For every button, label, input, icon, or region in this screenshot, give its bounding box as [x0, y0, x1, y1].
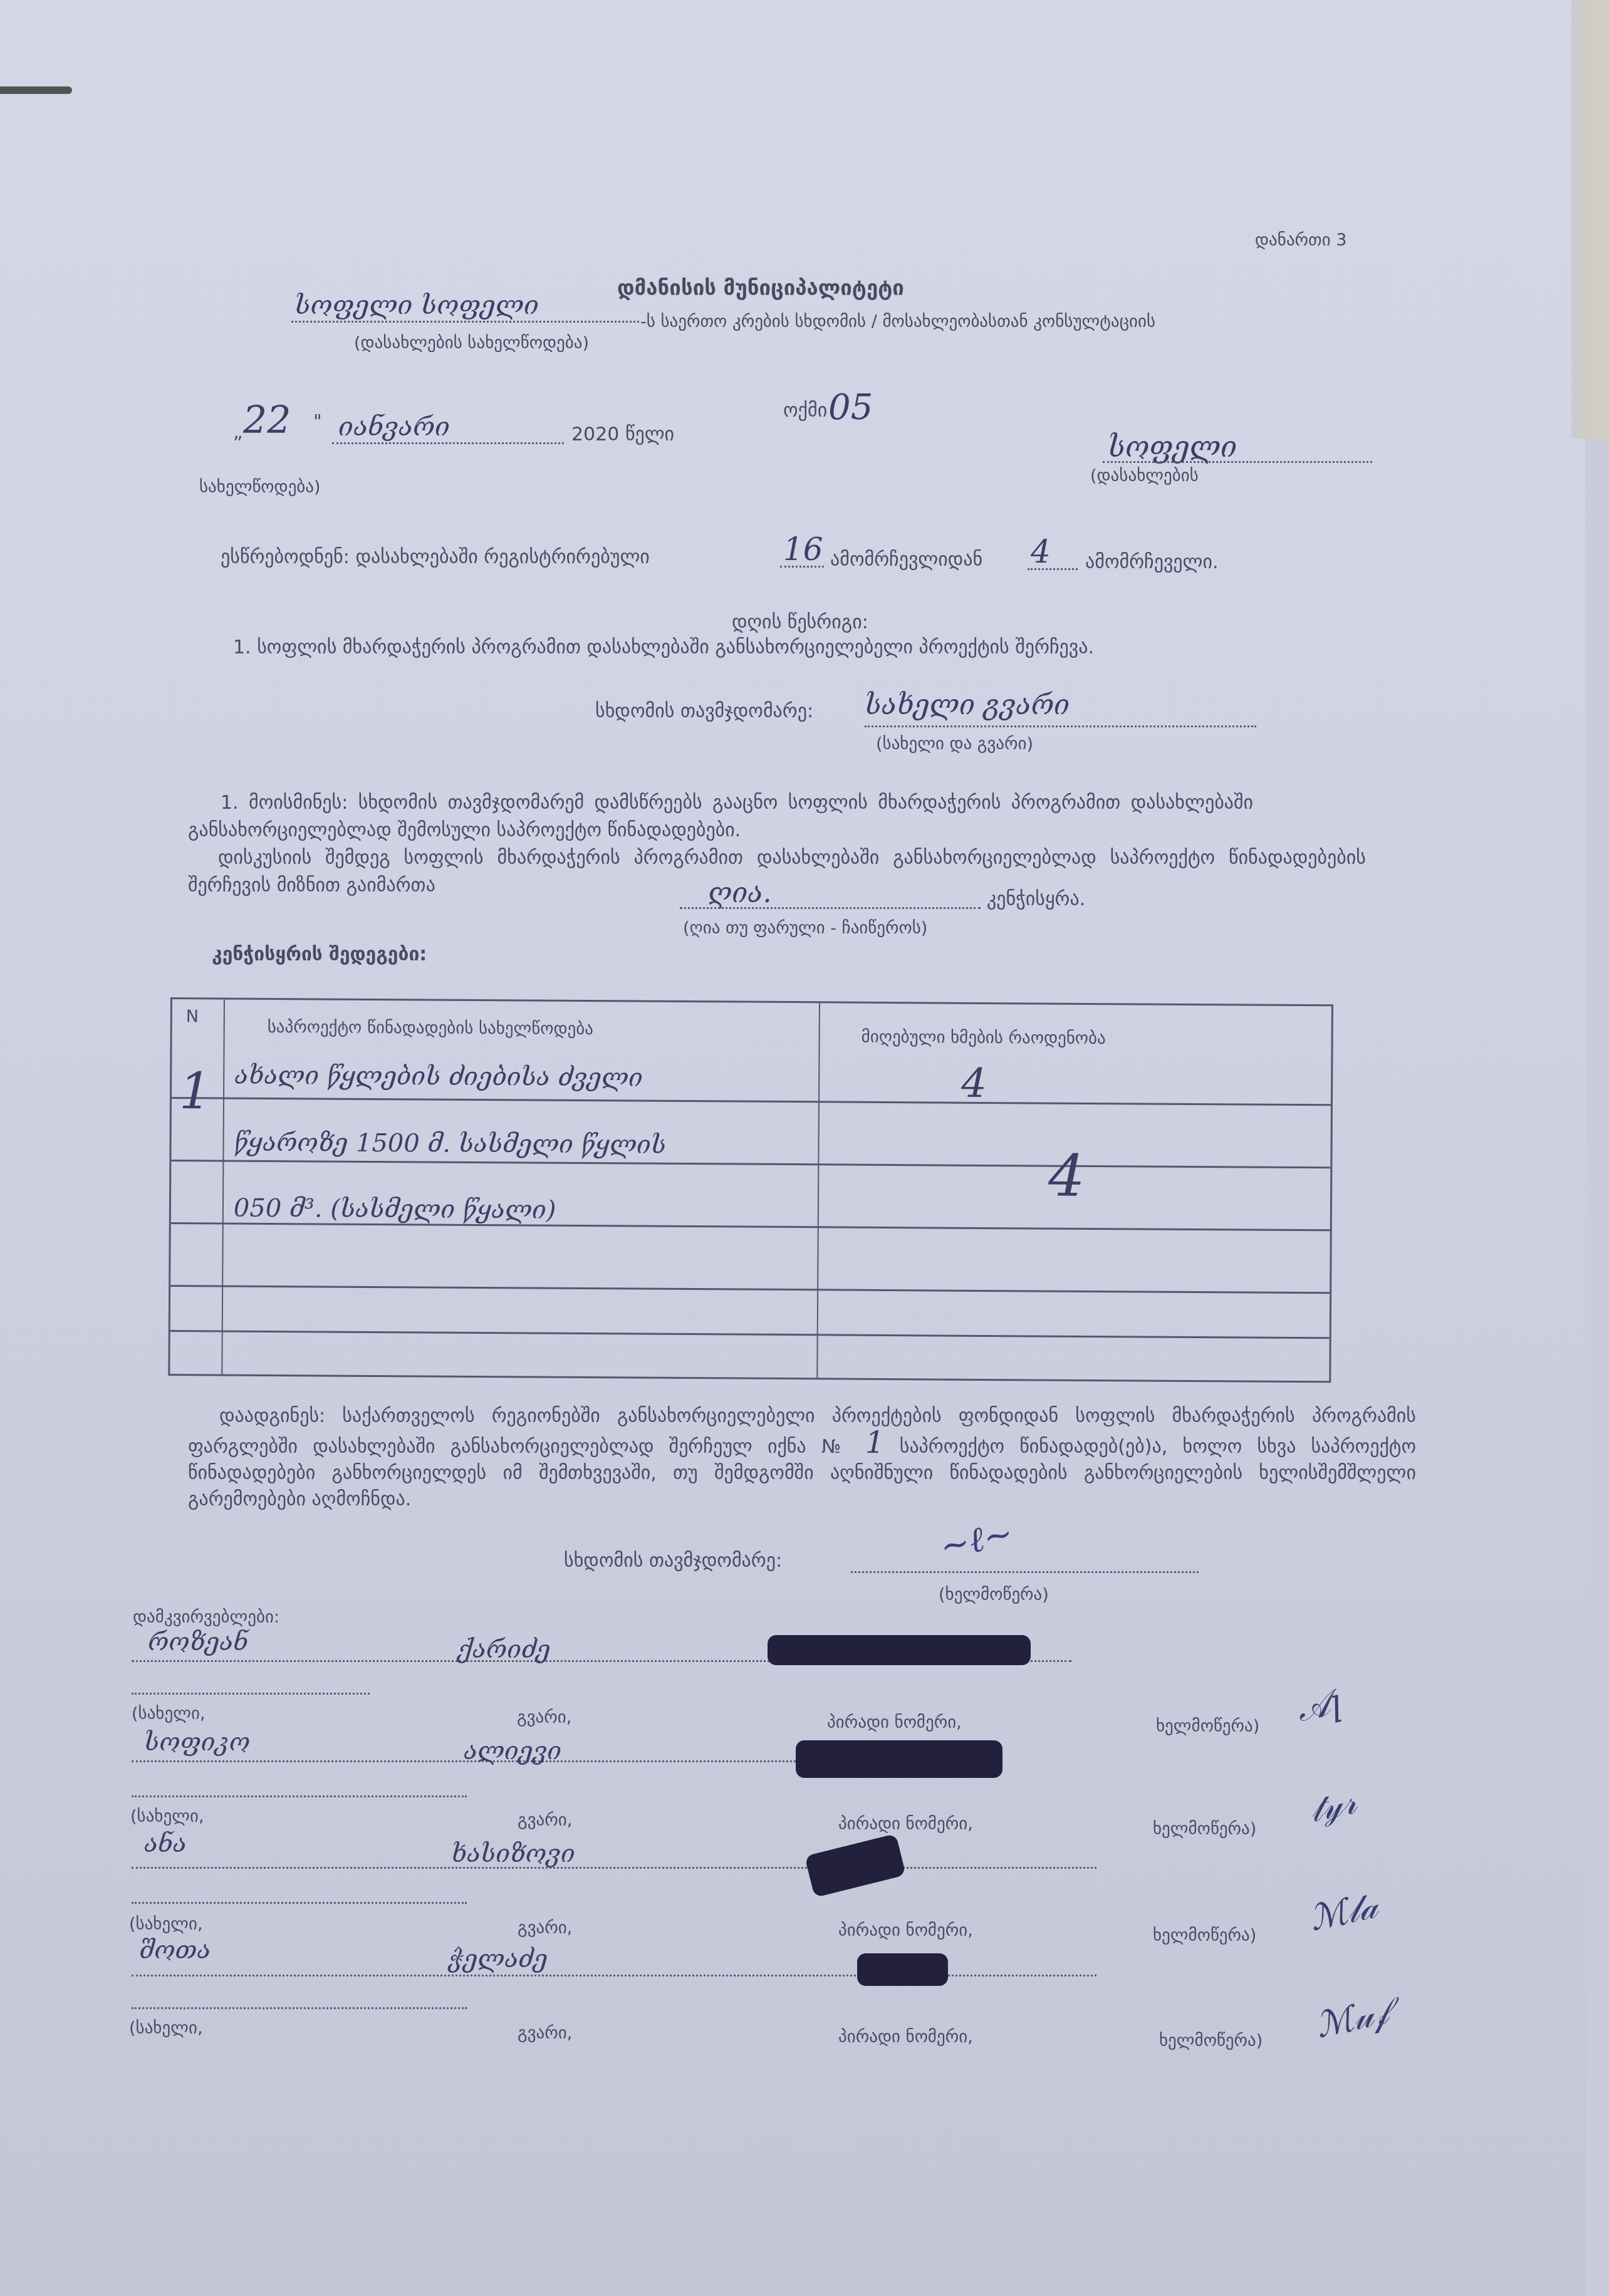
- table-row-divider: [171, 1222, 1330, 1231]
- signatory-2-id-redacted: [796, 1740, 1002, 1778]
- attendance-text-middle: ამომრჩევლიდან: [830, 549, 982, 571]
- signatories-title: დამკვირვებლები:: [133, 1608, 279, 1627]
- col-header-votes: მიღებული ხმების რაოდენობა: [862, 1027, 1106, 1048]
- chair-underline: [865, 725, 1256, 727]
- heard-text: სხდომის თავმჯდომარემ დამსწრეებს გააცნო ს…: [188, 792, 1253, 841]
- row-votes-repeat: 4: [1048, 1143, 1085, 1210]
- table-row-divider: [172, 1097, 1331, 1106]
- vote-type-handwritten: ღია.: [708, 877, 771, 909]
- table-row-divider: [170, 1330, 1330, 1339]
- discussion-paragraph: დისკუსიის შემდეგ სოფლის მხარდაჭერის პროგ…: [188, 844, 1366, 900]
- attendance-line: ესწრებოდნენ: დასახლებაში რეგისტრირებული: [221, 546, 650, 568]
- signatory-4-last-name: ჭელაძე: [449, 1945, 548, 1973]
- date-quote-close: ": [313, 411, 322, 433]
- caption-id-1: პირადი ნომერი,: [827, 1713, 962, 1732]
- background-surface: [1571, 0, 1609, 439]
- decision-label: დაადგინეს:: [219, 1405, 325, 1427]
- meeting-type-text: -ს საერთო კრების სხდომის / მოსახლეობასთა…: [640, 312, 1155, 331]
- col-header-n: N: [186, 1007, 199, 1026]
- row-number: 1: [179, 1062, 211, 1120]
- caption-first-name-2: (სახელი,: [130, 1807, 204, 1826]
- settlement-caption: (დასახლების სახელწოდება): [354, 333, 589, 353]
- date-year: 2020 წელი: [571, 423, 674, 445]
- caption-first-name-3: (სახელი,: [129, 1914, 202, 1934]
- signatory-4-subline: [132, 2007, 467, 2009]
- place-caption-cont: სახელწოდება): [199, 477, 321, 497]
- municipality-title: დმანისის მუნიციპალიტეტი: [617, 276, 904, 300]
- caption-id-4: პირადი ნომერი,: [838, 2027, 973, 2047]
- place-caption: (დასახლების: [1090, 466, 1199, 486]
- signatory-1-subline: [132, 1693, 370, 1695]
- caption-id-2: პირადი ნომერი,: [838, 1814, 973, 1834]
- vote-type-underline: [680, 907, 981, 909]
- agenda-item-1: 1. სოფლის მხარდაჭერის პროგრამით დასახლებ…: [233, 636, 1094, 658]
- row-name-line-1: ახალი წყლების ძიებისა ძველი: [234, 1061, 643, 1093]
- discussion-text: დისკუსიის შემდეგ სოფლის მხარდაჭერის პროგ…: [188, 847, 1366, 896]
- row-name-line-2: წყაროზე 1500 მ. სასმელი წყლის: [234, 1128, 666, 1160]
- chair-sign-underline: [851, 1571, 1199, 1573]
- decision-paragraph: დაადგინეს: საქართველოს რეგიონებში განსახ…: [188, 1403, 1416, 1513]
- pen-mark: [0, 86, 72, 94]
- protocol-label: ოქმი: [783, 400, 827, 422]
- signatory-2-subline: [132, 1795, 467, 1797]
- caption-last-name-3: გვარი,: [518, 1918, 572, 1938]
- caption-signature-3: ხელმოწერა): [1153, 1926, 1256, 1945]
- row-name-line-3: 050 მ³. (სასმელი წყალი): [234, 1194, 556, 1225]
- signatory-2-last-name: ალიევი: [464, 1737, 561, 1765]
- place-underline: [1103, 461, 1372, 463]
- signatory-4-line: [132, 1975, 1096, 1977]
- caption-signature-4: ხელმოწერა): [1159, 2031, 1263, 2050]
- attending-underline: [1028, 568, 1078, 570]
- caption-last-name-4: გვარი,: [518, 2023, 572, 2043]
- caption-id-3: პირადი ნომერი,: [838, 1921, 973, 1940]
- date-month: იანვარი: [338, 411, 450, 442]
- results-title: კენჭისყრის შედეგები:: [212, 943, 427, 965]
- table-col-divider: [221, 1000, 225, 1374]
- settlement-underline: [291, 321, 639, 323]
- protocol-number: 05: [828, 387, 873, 428]
- attendance-text-after: ამომრჩეველი.: [1085, 551, 1219, 573]
- caption-last-name-2: გვარი,: [518, 1810, 572, 1830]
- table-row-divider: [170, 1285, 1330, 1294]
- signatory-2-first-name: სოფიკო: [144, 1728, 250, 1757]
- vote-caption: (ღია თუ ფარული - ჩაიწეროს): [683, 918, 927, 938]
- signatory-1-first-name: როზეან: [148, 1628, 248, 1656]
- table-col-divider: [816, 1003, 820, 1378]
- signatory-3-subline: [132, 1902, 467, 1904]
- signatory-3-first-name: ანა: [144, 1829, 187, 1858]
- signatory-1-id-redacted: [768, 1635, 1031, 1665]
- heard-label: 1. მოისმინეს:: [221, 792, 348, 814]
- results-table: N საპროექტო წინადადების სახელწოდება მიღე…: [168, 997, 1333, 1383]
- settlement-name-handwritten: სოფელი სოფელი: [294, 289, 539, 320]
- registered-underline: [780, 566, 824, 568]
- selected-project-number: 1: [865, 1425, 885, 1460]
- decision-sign-caption: (ხელმოწერა): [939, 1585, 1049, 1604]
- chair-label: სხდომის თავმჯდომარე:: [595, 700, 813, 722]
- heard-paragraph: 1. მოისმინეს: სხდომის თავმჯდომარემ დამსწ…: [188, 789, 1253, 844]
- attendance-text-before: დასახლებაში რეგისტრირებული: [355, 546, 649, 568]
- signatory-4-id-redacted: [857, 1953, 948, 1986]
- agenda-title: დღის წესრიგი:: [732, 611, 868, 633]
- attendance-label: ესწრებოდნენ:: [221, 546, 350, 568]
- signatory-1-last-name: ქარიძე: [457, 1635, 551, 1664]
- registered-voters: 16: [783, 531, 823, 568]
- date-quote: „: [233, 421, 243, 443]
- chair-caption: (სახელი და გვარი): [876, 734, 1033, 754]
- place-handwritten: სოფელი: [1108, 430, 1237, 464]
- annex-label: დანართი 3: [1255, 231, 1346, 250]
- caption-first-name-1: (სახელი,: [132, 1704, 205, 1723]
- row-votes: 4: [961, 1061, 987, 1107]
- caption-first-name-4: (სახელი,: [129, 2018, 202, 2038]
- vote-suffix: კენჭისყრა.: [987, 888, 1085, 910]
- signatory-3-line: [132, 1867, 1096, 1869]
- caption-last-name-1: გვარი,: [517, 1708, 571, 1727]
- date-month-underline: [332, 442, 564, 444]
- table-row-divider: [171, 1160, 1330, 1168]
- date-day: 22: [243, 398, 291, 442]
- caption-signature-1: ხელმოწერა): [1156, 1717, 1259, 1736]
- chair-name-handwritten: სახელი გვარი: [865, 689, 1070, 721]
- signatory-4-first-name: შოთა: [139, 1936, 211, 1965]
- caption-signature-2: ხელმოწერა): [1153, 1819, 1256, 1839]
- attending-voters: 4: [1031, 534, 1051, 570]
- decision-chair-label: სხდომის თავმჯდომარე:: [564, 1550, 782, 1572]
- col-header-name: საპროექტო წინადადების სახელწოდება: [268, 1017, 594, 1039]
- signatory-3-last-name: ხასიზოვი: [451, 1839, 575, 1868]
